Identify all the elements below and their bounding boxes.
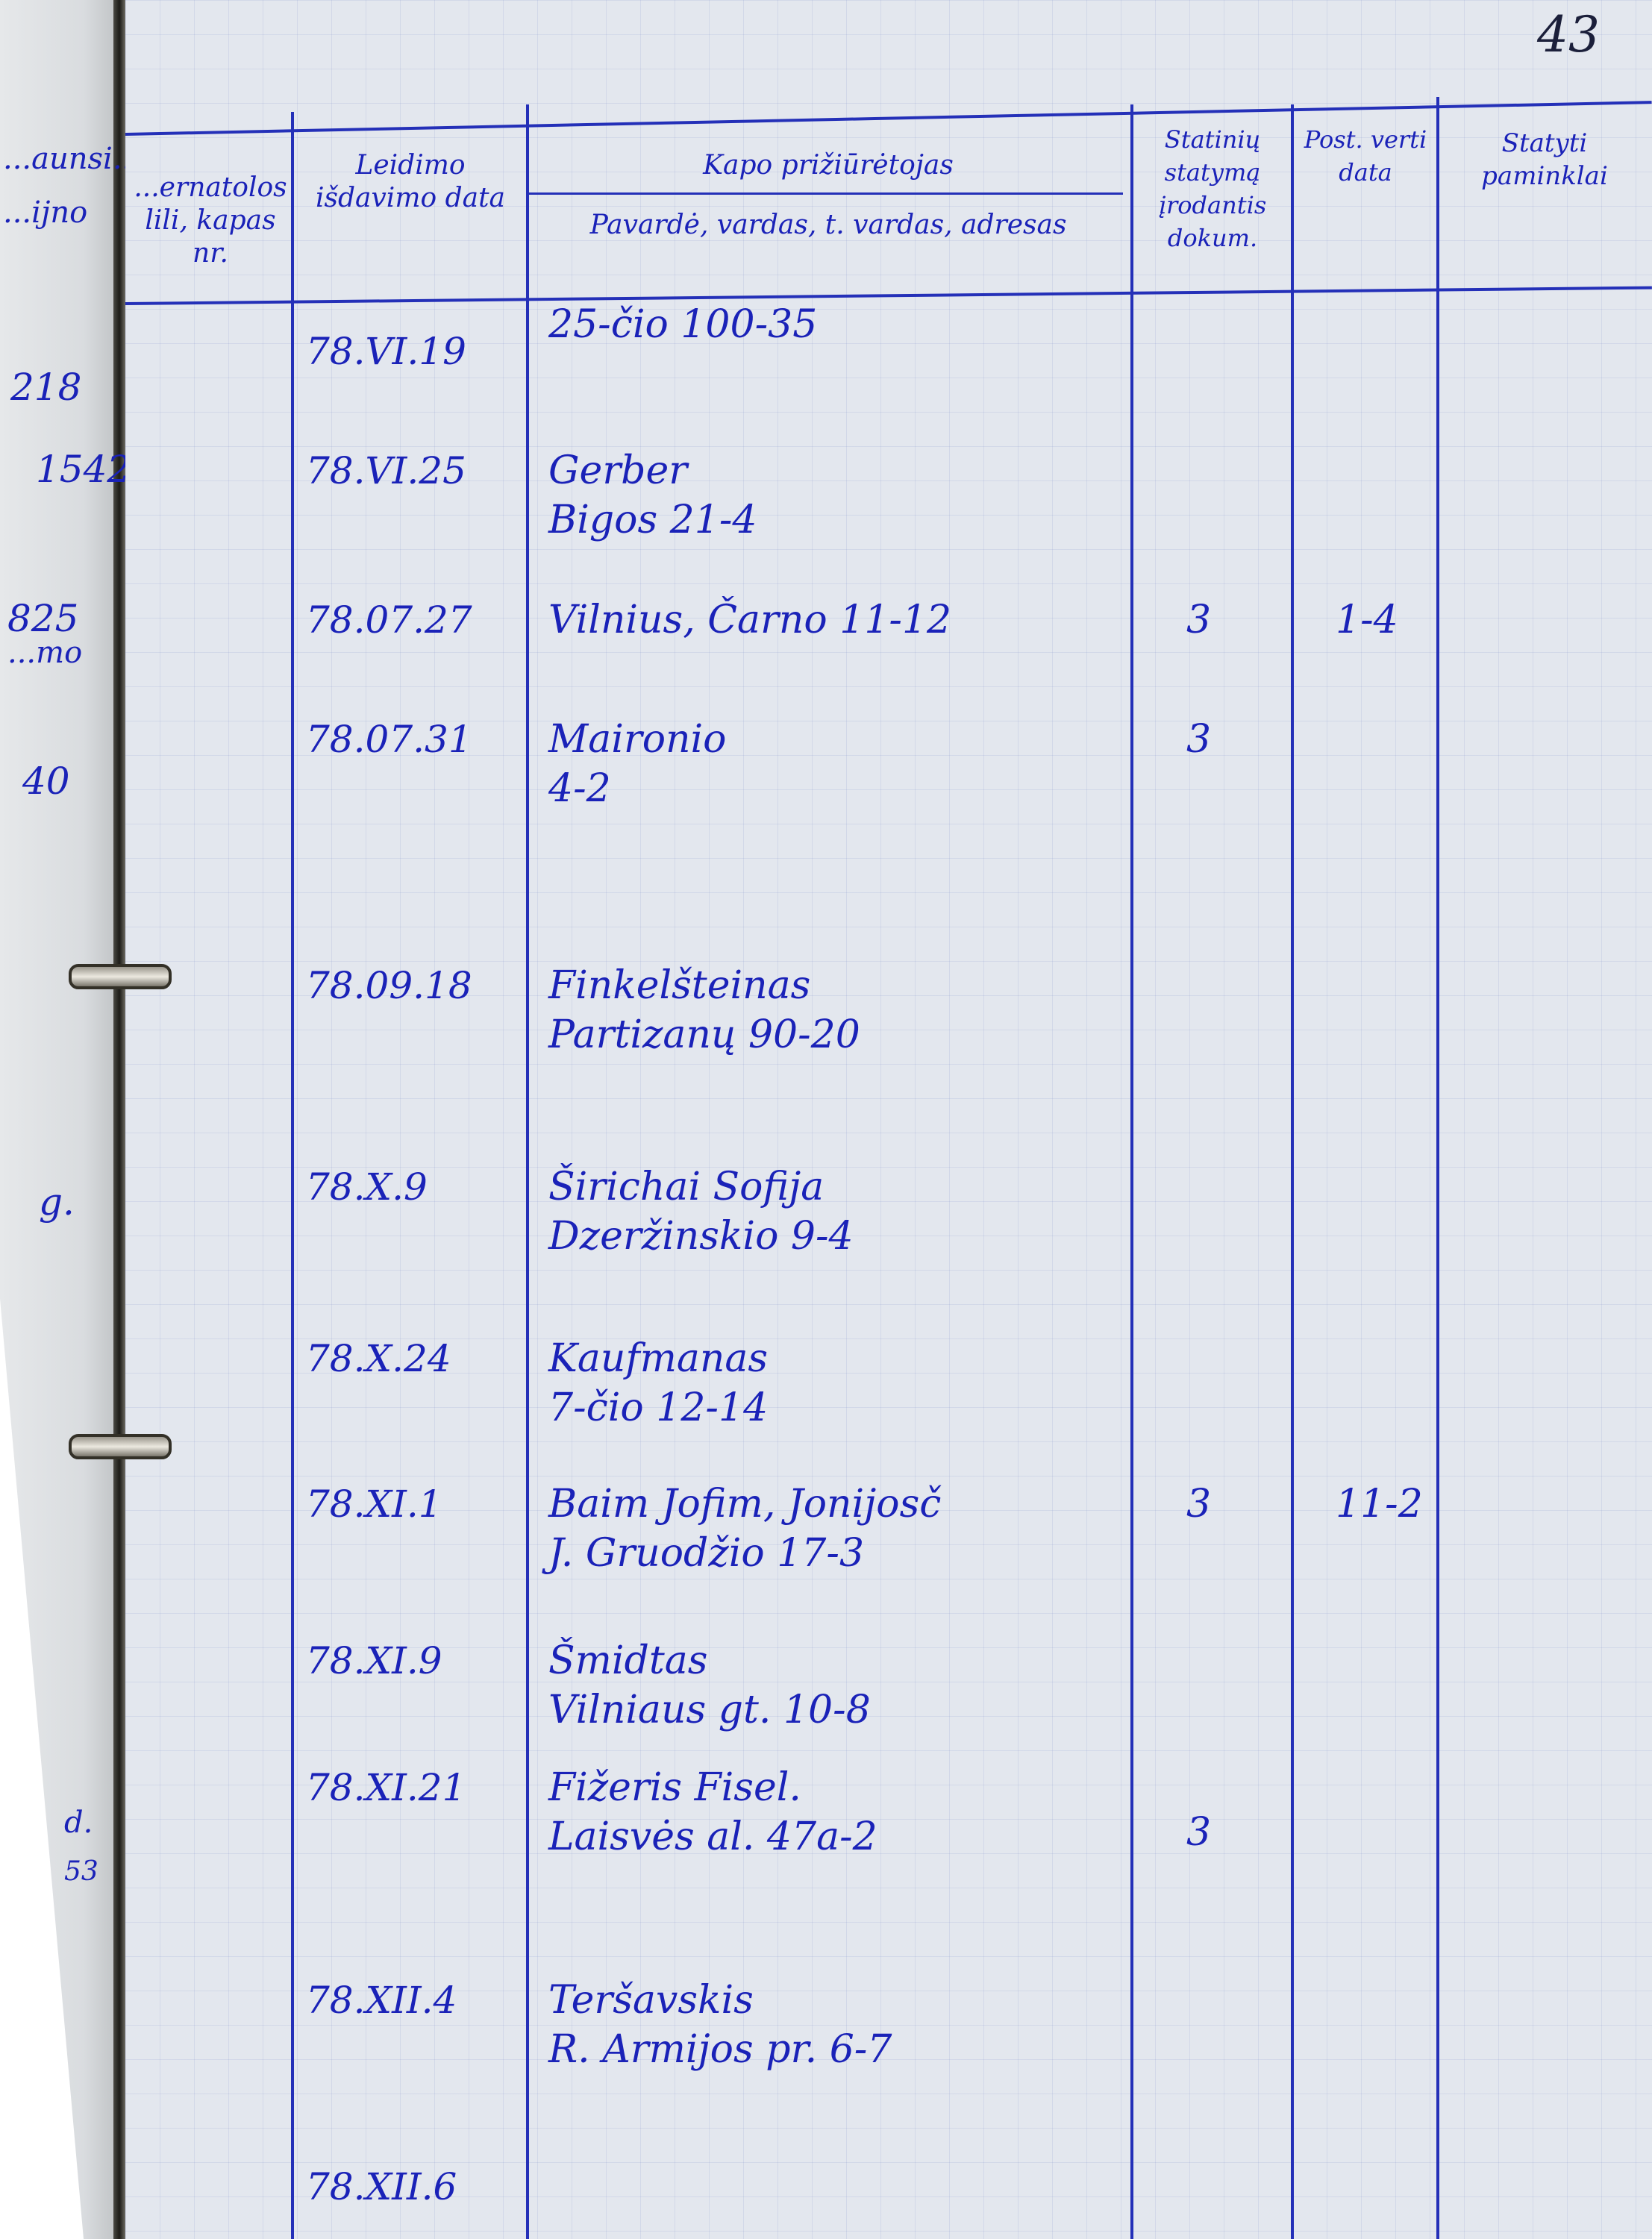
- left-page-row-fragment: 218: [10, 366, 81, 409]
- issue-date-cell: 78.VI.25: [306, 448, 466, 494]
- left-page-header-fragment: ...ijno: [3, 195, 87, 230]
- issue-date-cell: 78.XI.21: [306, 1764, 466, 1811]
- caretaker-line: J. Gruodžio 17-3: [548, 1530, 864, 1576]
- construction-doc-cell: 3: [1186, 597, 1211, 643]
- construction-doc-cell: 3: [1186, 716, 1211, 762]
- caretaker-line: Laisvės al. 47a-2: [548, 1814, 877, 1860]
- caretaker-line: Kaufmanas: [548, 1335, 768, 1382]
- column-divider: [291, 112, 294, 2239]
- column-divider: [1130, 104, 1133, 2239]
- column-divider: [1436, 97, 1439, 2239]
- construction-doc-cell: 3: [1186, 1481, 1211, 1527]
- caretaker-line: 25-čio 100-35: [548, 301, 817, 348]
- caretaker-line: Dzeržinskio 9-4: [548, 1213, 854, 1259]
- caretaker-line: Vilniaus gt. 10-8: [548, 1687, 871, 1733]
- issue-date-cell: 78.XI.9: [306, 1638, 442, 1684]
- issue-date-cell: 78.XI.1: [306, 1481, 442, 1527]
- page-number: 43: [1537, 6, 1600, 63]
- left-page-row-fragment: 53: [64, 1856, 98, 1887]
- left-page-row-fragment: ...mo: [7, 636, 82, 670]
- column-header-issue-date: Leidimo išdavimo data: [295, 149, 526, 215]
- left-page-row-fragment: 40: [22, 760, 70, 803]
- binder-ring: [69, 1434, 172, 1459]
- caretaker-line: Širichai Sofija: [548, 1164, 824, 1210]
- issue-date-cell: 78.07.27: [306, 597, 472, 643]
- caretaker-line: Partizanų 90-20: [548, 1012, 860, 1058]
- post-date-cell: 11-2: [1336, 1481, 1423, 1527]
- caretaker-line: Vilnius, Čarno 11-12: [548, 597, 951, 643]
- binding-spine: [113, 0, 125, 2239]
- caretaker-line: 4-2: [548, 765, 611, 812]
- column-divider: [526, 104, 529, 2239]
- post-date-cell: 1-4: [1336, 597, 1398, 643]
- caretaker-line: Gerber: [548, 448, 687, 494]
- binder-ring: [69, 964, 172, 989]
- issue-date-cell: 78.VI.19: [306, 328, 466, 375]
- caretaker-line: Šmidtas: [548, 1638, 707, 1684]
- column-divider: [1291, 104, 1294, 2239]
- caretaker-line: Finkelšteinas: [548, 962, 810, 1009]
- column-header-construction-doc: Statinių statymą įrodantis dokum.: [1134, 123, 1291, 254]
- column-header-monuments: Statyti paminklai: [1440, 127, 1649, 192]
- left-page-row-fragment: 825: [7, 597, 78, 640]
- caretaker-line: 7-čio 12-14: [548, 1385, 768, 1431]
- issue-date-cell: 78.X.24: [306, 1335, 451, 1382]
- issue-date-cell: 78.07.31: [306, 716, 472, 762]
- left-page-row-fragment: 1542: [36, 448, 131, 491]
- issue-date-cell: 78.09.18: [306, 962, 472, 1009]
- column-header-post-date: Post. verti data: [1295, 123, 1436, 189]
- left-page-row-fragment: d.: [64, 1806, 93, 1840]
- header-split-rule: [526, 192, 1123, 195]
- caretaker-line: Fižeris Fisel.: [548, 1764, 801, 1811]
- column-header-caretaker-details: Pavardė, vardas, t. vardas, adresas: [534, 209, 1123, 242]
- caretaker-line: R. Armijos pr. 6-7: [548, 2026, 892, 2073]
- caretaker-line: Maironio: [548, 716, 726, 762]
- left-page-header-fragment: ...aunsi...: [3, 142, 141, 176]
- left-page-row-fragment: g.: [39, 1180, 75, 1224]
- issue-date-cell: 78.XII.6: [306, 2164, 457, 2210]
- previous-page-edge: [0, 0, 119, 2239]
- column-header-grave-no: ...ernatolos lili, kapas nr.: [128, 172, 292, 270]
- caretaker-line: Teršavskis: [548, 1977, 754, 2023]
- caretaker-line: Baim Jofim, Jonijosč: [548, 1481, 941, 1527]
- issue-date-cell: 78.X.9: [306, 1164, 428, 1210]
- issue-date-cell: 78.XII.4: [306, 1977, 457, 2023]
- caretaker-line: Bigos 21-4: [548, 497, 757, 543]
- construction-doc-cell: 3: [1186, 1809, 1211, 1856]
- column-header-caretaker: Kapo prižiūrėtojas: [534, 149, 1123, 182]
